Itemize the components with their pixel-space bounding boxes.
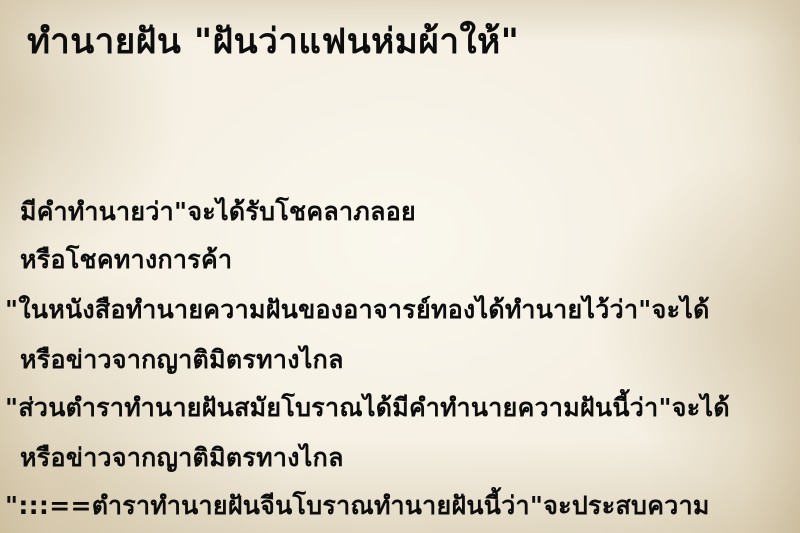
prediction-line-1: มีคำทำนายว่า"จะได้รับโชคลาภลอย	[20, 192, 416, 232]
prediction-line-4: หรือข่าวจากญาติมิตรทางไกล	[20, 340, 344, 380]
prediction-line-5: "ส่วนตำราทำนายฝันสมัยโบราณได้มีคำทำนายคว…	[5, 388, 730, 428]
prediction-line-3: "ในหนังสือทำนายความฝันของอาจารย์ทองได้ทำ…	[5, 290, 710, 330]
page-title: ทำนายฝัน "ฝันว่าแฟนห่มผ้าให้"	[27, 14, 519, 69]
prediction-line-2: หรือโชคทางการค้า	[20, 240, 232, 280]
prediction-line-7: ":::==ตำราทำนายฝันจีนโบราณทำนายฝันนี้ว่า…	[5, 486, 710, 526]
prediction-line-6: หรือข่าวจากญาติมิตรทางไกล	[20, 438, 344, 478]
